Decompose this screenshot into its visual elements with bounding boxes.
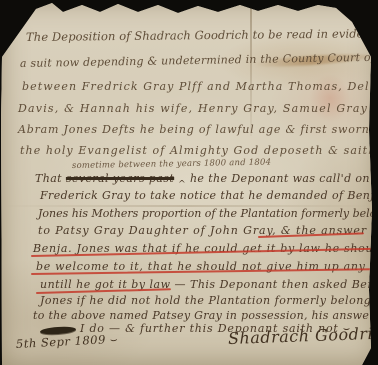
struck-out-text: several years past [66,172,174,185]
date-text: 5th Sepr 1809 [16,332,107,351]
deposition-line-4: Davis, & Hannah his wife, Henry Gray, Sa… [18,102,378,115]
line-text: a suit now depending & undetermined in t… [20,50,378,70]
line-text: — This Deponant then asked Benja. [175,278,378,291]
deposition-line-9: Jones his Mothers proportion of the Plan… [38,207,378,220]
line-text: to Patsy Gray Daughter of John Gray, [38,224,277,237]
deposition-line-8: Frederick Gray to take notice that he de… [40,189,378,202]
vertical-fold-crease [250,6,252,136]
deposition-line-15: to the above named Patsey Gray in posses… [33,309,378,322]
signature: Shadrach Goodrich [228,326,378,345]
deposition-line-6: the holy Evangelist of Almighty God depo… [20,144,378,157]
line-text: between Fredrick Gray Plff and Martha Th… [22,80,378,93]
line-text: Abram Jones Defts he being of lawful age… [18,123,378,136]
line-text: the holy Evangelist of Almighty God depo… [20,144,378,157]
line-text: he the Deponant was call'd on by [190,172,378,185]
line-text: to the above named Patsey Gray in posses… [33,309,378,322]
line-text: The Deposition of Shadrach Goodrich to b… [26,26,378,44]
line-text: Davis, & Hannah his wife, Henry Gray, Sa… [18,102,378,115]
date-line: 5th Sepr 1809 ⌣ [16,333,119,351]
deposition-line-13: untill he got it by law — This Deponant … [40,278,378,291]
line-text: Jones his Mothers proportion of the Plan… [38,207,378,220]
interlined-insertion: sometime between the years 1800 and 1804 [72,157,271,173]
deposition-line-3: between Fredrick Gray Plff and Martha Th… [22,80,378,93]
deposition-line-1: The Deposition of Shadrach Goodrich to b… [26,27,378,44]
line-text: Jones if he did not hold the Plantation … [40,294,378,307]
scanned-document: The Deposition of Shadrach Goodrich to b… [0,0,378,365]
line-text: Frederick Gray to take notice that he de… [40,189,378,202]
torn-paper-sheet: The Deposition of Shadrach Goodrich to b… [0,0,378,365]
pen-flourish: ⌣ [110,332,119,346]
insertion-text: sometime between the years 1800 and 1804 [72,158,271,171]
deposition-line-14: Jones if he did not hold the Plantation … [40,294,378,307]
line-text: That [35,172,62,185]
deposition-line-5: Abram Jones Defts he being of lawful age… [18,123,378,136]
deposition-line-7: That several years past ^ he the Deponan… [35,172,378,187]
deposition-line-2: a suit now depending & undetermined in t… [20,50,378,70]
